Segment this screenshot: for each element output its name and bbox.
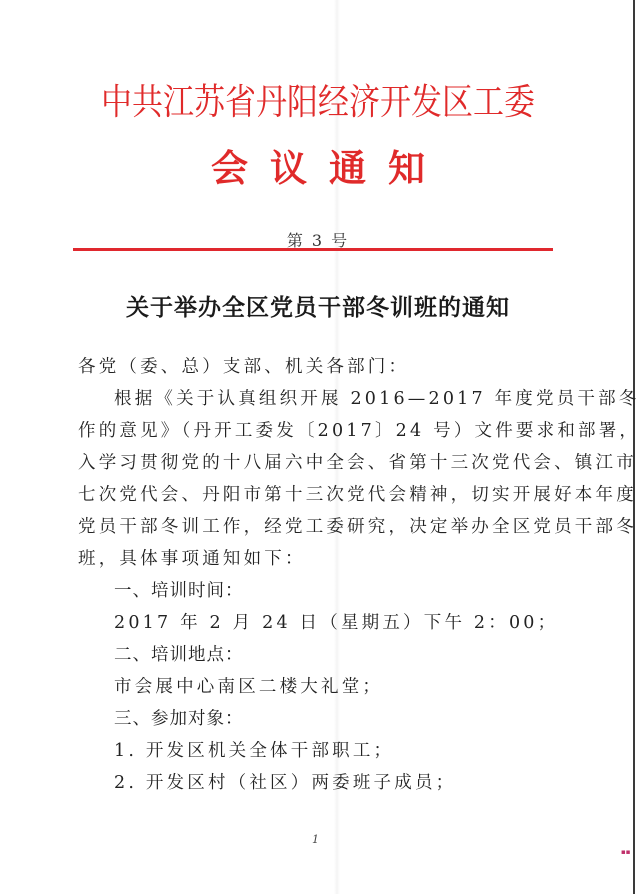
notice-body: 各党（委、总）支部、机关各部门： 根据《关于认真组织开展 2016—2017 年… <box>78 351 558 799</box>
salutation: 各党（委、总）支部、机关各部门： <box>78 351 558 383</box>
page-number: 1 <box>312 833 319 846</box>
section-item-participant: 2. 开发区村（社区）两委班子成员； <box>78 767 558 799</box>
body-line: 班，具体事项通知如下： <box>78 543 558 575</box>
document-type-title: 会议通知 <box>0 138 636 192</box>
scan-mark: ▪▪ <box>621 848 631 856</box>
section-item-time: 2017 年 2 月 24 日（星期五）下午 2：00； <box>78 607 558 639</box>
section-heading-time: 一、培训时间： <box>78 575 558 607</box>
organization-title: 中共江苏省丹阳经济开发区工委 <box>0 73 636 125</box>
notice-title: 关于举办全区党员干部冬训班的通知 <box>0 289 636 322</box>
section-item-participant: 1. 开发区机关全体干部职工； <box>78 735 558 767</box>
section-heading-participants: 三、参加对象： <box>78 703 558 735</box>
page-edge-border <box>633 0 635 894</box>
body-line: 党员干部冬训工作，经党工委研究，决定举办全区党员干部冬训 <box>78 511 558 543</box>
body-line: 七次党代会、丹阳市第十三次党代会精神，切实开展好本年度的 <box>78 479 558 511</box>
section-item-location: 市会展中心南区二楼大礼堂； <box>78 671 558 703</box>
document-page: 中共江苏省丹阳经济开发区工委 会议通知 第 3 号 关于举办全区党员干部冬训班的… <box>0 0 636 894</box>
body-line: 入学习贯彻党的十八届六中全会、省第十三次党代会、镇江市第 <box>78 447 558 479</box>
body-line: 作的意见》（丹开工委发〔2017〕24 号）文件要求和部署，为深 <box>78 415 558 447</box>
red-divider-rule <box>73 248 553 251</box>
body-line: 根据《关于认真组织开展 2016—2017 年度党员干部冬训工 <box>78 383 558 415</box>
section-heading-location: 二、培训地点： <box>78 639 558 671</box>
